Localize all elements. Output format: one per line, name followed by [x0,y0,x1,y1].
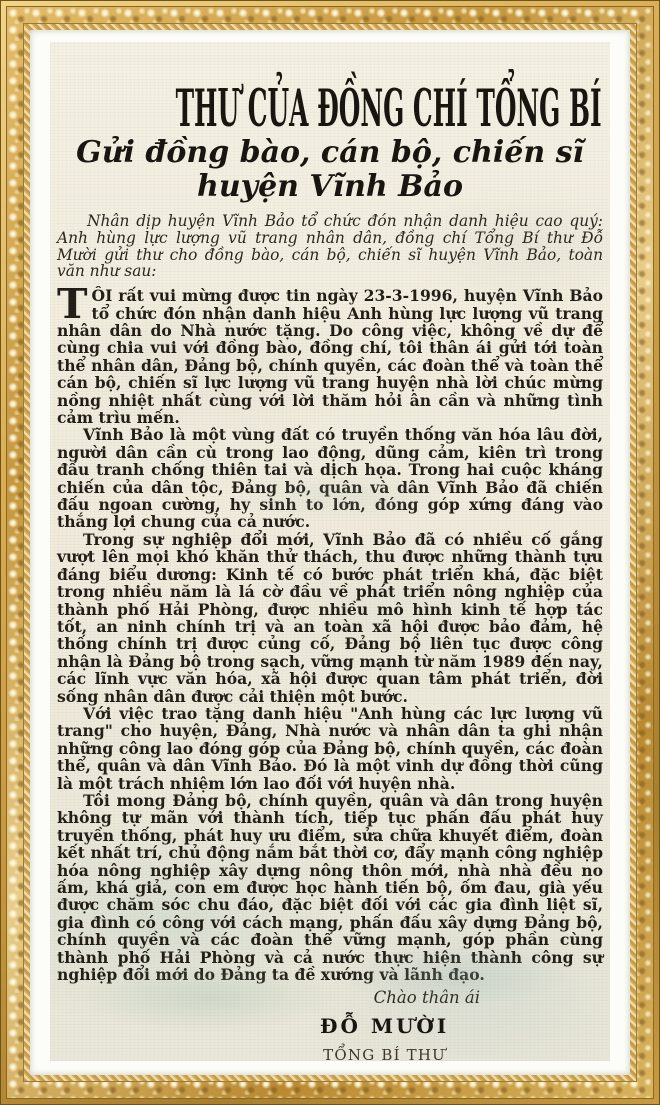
paragraph-2: Vĩnh Bảo là một vùng đất có truyền thống… [57,426,603,530]
letter-subtitle-line2: huyện Vĩnh Bảo [57,170,603,204]
picture-frame-outer-band: THƯ CỦA ĐỒNG CHÍ TỔNG BÍ THƯ ĐỖ MƯỜI Gửi… [0,0,660,1105]
picture-frame-ornate-band: THƯ CỦA ĐỒNG CHÍ TỔNG BÍ THƯ ĐỖ MƯỜI Gửi… [6,6,654,1099]
letter-subtitle-line1: Gửi đồng bào, cán bộ, chiến sĩ [57,136,603,170]
paragraph-4: Với việc trao tặng danh hiệu "Anh hùng c… [57,705,603,792]
letter-page: THƯ CỦA ĐỒNG CHÍ TỔNG BÍ THƯ ĐỖ MƯỜI Gửi… [50,42,610,1061]
dropcap-letter: T [57,287,92,320]
letter-title: THƯ CỦA ĐỒNG CHÍ TỔNG BÍ THƯ ĐỖ MƯỜI [57,82,603,136]
signature-block: ĐỖ MƯỜI TỔNG BÍ THƯ BAN CHẤP HÀNH TRUNG … [221,1014,549,1061]
letter-intro: Nhân dịp huyện Vĩnh Bảo tổ chức đón nhận… [57,213,603,280]
paragraph-1-text: ÔI rất vui mừng được tin ngày 23-3-1996,… [57,286,603,427]
letter-title-text: THƯ CỦA ĐỒNG CHÍ TỔNG BÍ THƯ ĐỖ MƯỜI [176,84,610,135]
mat-border: THƯ CỦA ĐỒNG CHÍ TỔNG BÍ THƯ ĐỖ MƯỜI Gửi… [30,30,630,1075]
signer-name: ĐỖ MƯỜI [221,1014,549,1038]
paragraph-5: Tôi mong Đảng bộ, chính quyền, quân và d… [57,792,603,983]
letter-closing: Chào thân ái [374,988,603,1007]
paragraph-1: TÔI rất vui mừng được tin ngày 23-3-1996… [57,287,603,426]
paragraph-3: Trong sự nghiệp đổi mới, Vĩnh Bảo đã có … [57,531,603,705]
signer-title-1: TỔNG BÍ THƯ [221,1047,549,1061]
picture-frame-rope-band: THƯ CỦA ĐỒNG CHÍ TỔNG BÍ THƯ ĐỖ MƯỜI Gửi… [23,23,637,1082]
